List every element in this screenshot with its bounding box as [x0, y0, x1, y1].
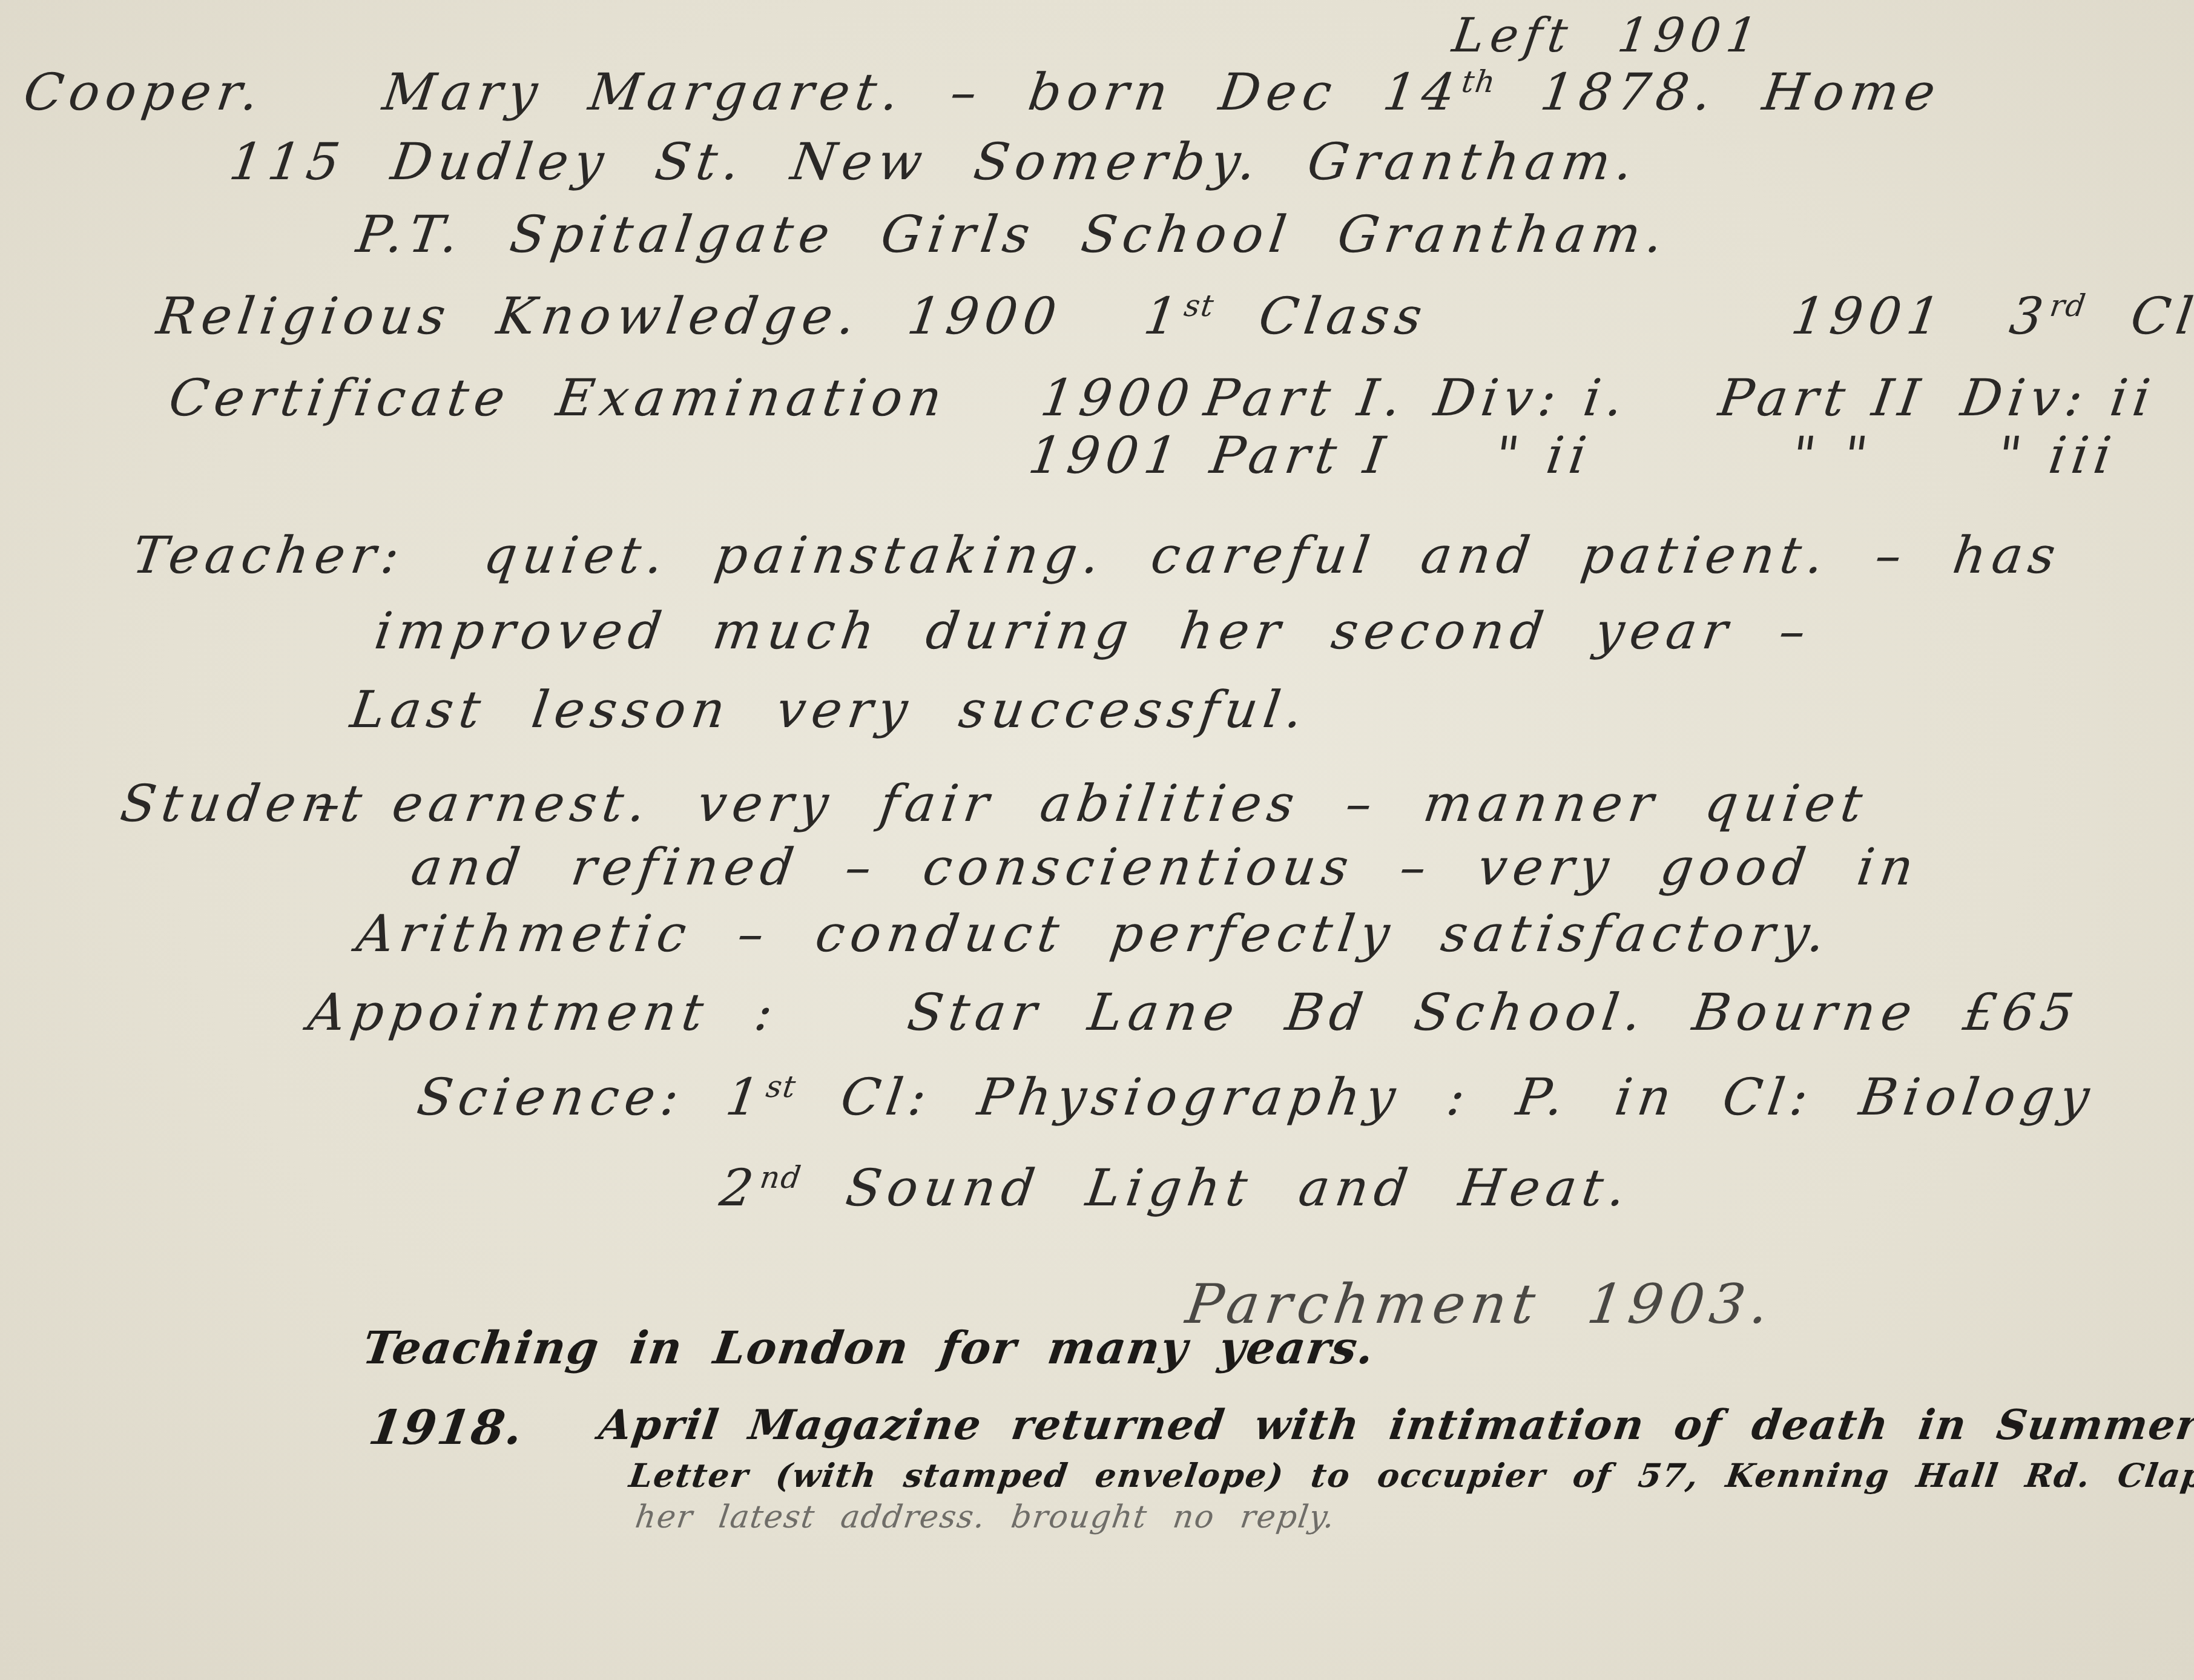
teaching-note: Teaching in London for many years. — [360, 1326, 1378, 1371]
cert-part-a: Part I — [1207, 430, 1394, 481]
science-line-1: 1st Cl: Physiography : P. in Cl: Biology — [723, 1072, 2098, 1122]
cert-div-b: " iii — [1994, 430, 2120, 481]
religious-knowledge-1900: 1900 1st Class — [904, 291, 1431, 341]
science-1-text: Cl: Physiography : P. in Cl: Biology — [837, 1067, 2099, 1127]
rk-result-1900-sup: st — [1182, 288, 1217, 323]
cert-year: 1901 — [1026, 430, 1187, 481]
rk-year-1900: 1900 — [904, 286, 1066, 346]
rk-result-1901-text: Class — [2127, 286, 2194, 346]
science-2-num: 2 — [716, 1158, 763, 1217]
rk-year-1901: 1901 — [1788, 286, 1950, 346]
cert-part-b: Part II — [1716, 372, 1929, 423]
student-line-2: and refined – conscientious – very good … — [408, 842, 1922, 892]
note-line-3: her latest address. brought no reply. — [633, 1501, 1337, 1533]
birth-date-suffix: th — [1460, 64, 1498, 99]
cert-year: 1900 — [1038, 372, 1199, 423]
student-line-1: – earnest. very fair abilities – manner … — [311, 778, 1871, 829]
cert-div-b: Div: ii — [1958, 372, 2159, 423]
given-names: Mary Margaret. — [379, 62, 909, 122]
surname: Cooper. — [20, 62, 268, 122]
student-line-3: Arithmetic – conduct perfectly satisfact… — [354, 908, 1834, 959]
register-page: Left 1901 Cooper. Mary Margaret. – born … — [0, 0, 2194, 1680]
rk-result-1901-num: 3 — [2006, 286, 2053, 346]
science-1-sup: st — [764, 1069, 799, 1104]
born-label: born — [1025, 62, 1178, 122]
teacher-line-2: improved much during her second year – — [372, 605, 1814, 656]
left-date-annotation: Left 1901 — [1450, 12, 1766, 59]
religious-knowledge-label: Religious Knowledge. — [154, 291, 864, 341]
certificate-exam-label: Certificate Examination — [166, 372, 951, 423]
cert-div-a: " ii — [1492, 430, 1595, 481]
birth-year: 1878. — [1537, 62, 1721, 122]
cert-part-a: Part I. — [1201, 372, 1410, 423]
rk-result-1900-num: 1 — [1141, 286, 1187, 346]
rk-result-1900-text: Class — [1256, 286, 1432, 346]
science-2-text: Sound Light and Heat. — [842, 1158, 1635, 1217]
note-line-2: Letter (with stamped envelope) to occupi… — [627, 1459, 2194, 1492]
appointment-label: Appointment : — [305, 987, 782, 1038]
science-label: Science: — [414, 1072, 688, 1122]
birth-date: Dec 14 — [1216, 62, 1464, 122]
science-line-2: 2nd Sound Light and Heat. — [717, 1162, 1635, 1213]
cert-div-a: Div: i. — [1431, 372, 1632, 423]
teacher-label: Teacher: — [130, 530, 408, 581]
note-year: 1918. — [366, 1405, 527, 1452]
dash: – — [947, 62, 987, 122]
header-line: Cooper. Mary Margaret. – born Dec 14th 1… — [21, 67, 1945, 117]
pupil-teacher-line: P.T. Spitalgate Girls School Grantham. — [354, 209, 1672, 260]
address-line: 115 Dudley St. New Somerby. Grantham. — [226, 136, 1642, 187]
note-line-1: April Magazine returned with intimation … — [596, 1405, 2194, 1446]
cert-part-b: " " — [1788, 430, 1877, 481]
science-1-num: 1 — [722, 1067, 769, 1127]
religious-knowledge-1901: 1901 3rd Class — [1788, 291, 2194, 341]
rk-result-1901-sup: rd — [2047, 288, 2089, 323]
home-label: Home — [1759, 62, 1945, 122]
appointment-value: Star Lane Bd School. Bourne £65 — [904, 987, 2083, 1038]
teacher-line-3: Last lesson very successful. — [348, 684, 1312, 735]
science-2-sup: nd — [758, 1160, 804, 1195]
teacher-line-1: quiet. painstaking. careful and patient.… — [481, 530, 2064, 581]
